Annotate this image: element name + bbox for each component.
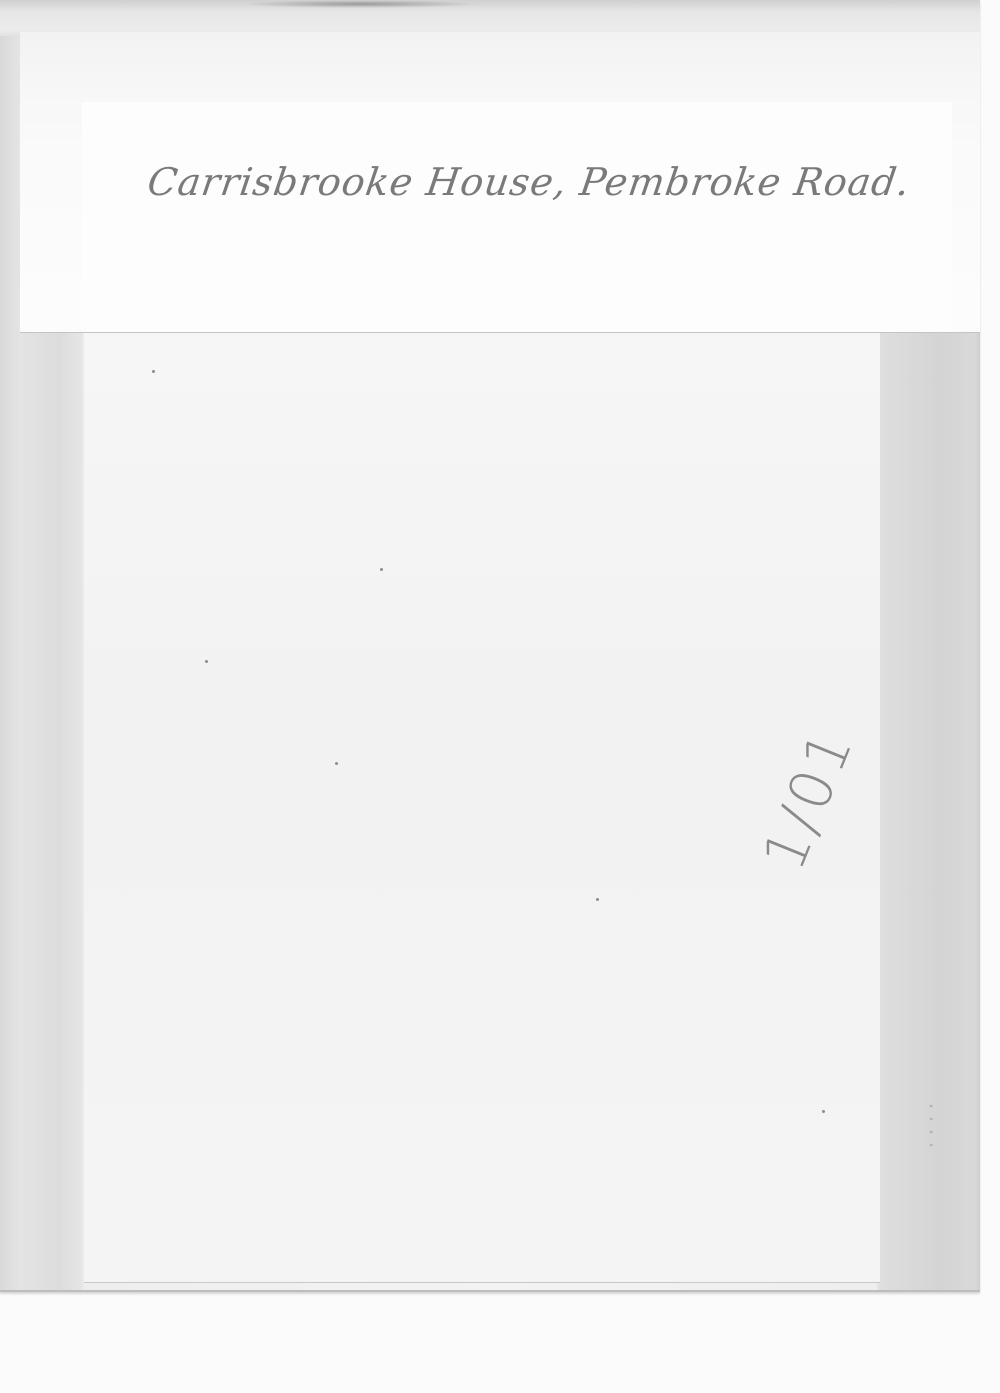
dust-speck (380, 568, 383, 571)
dust-speck (152, 370, 155, 373)
sleeve-top-shadow (240, 0, 480, 8)
photo-back (84, 330, 880, 1283)
dust-speck (822, 1110, 825, 1113)
label-card-face (82, 102, 952, 332)
faint-side-mark: .... (913, 1097, 938, 1149)
dust-speck (205, 660, 208, 663)
dust-speck (596, 898, 599, 901)
handwritten-label: Carrisbrooke House, Pembroke Road. (145, 160, 951, 204)
sleeve-top-edge (0, 0, 980, 36)
dust-speck (335, 762, 338, 765)
